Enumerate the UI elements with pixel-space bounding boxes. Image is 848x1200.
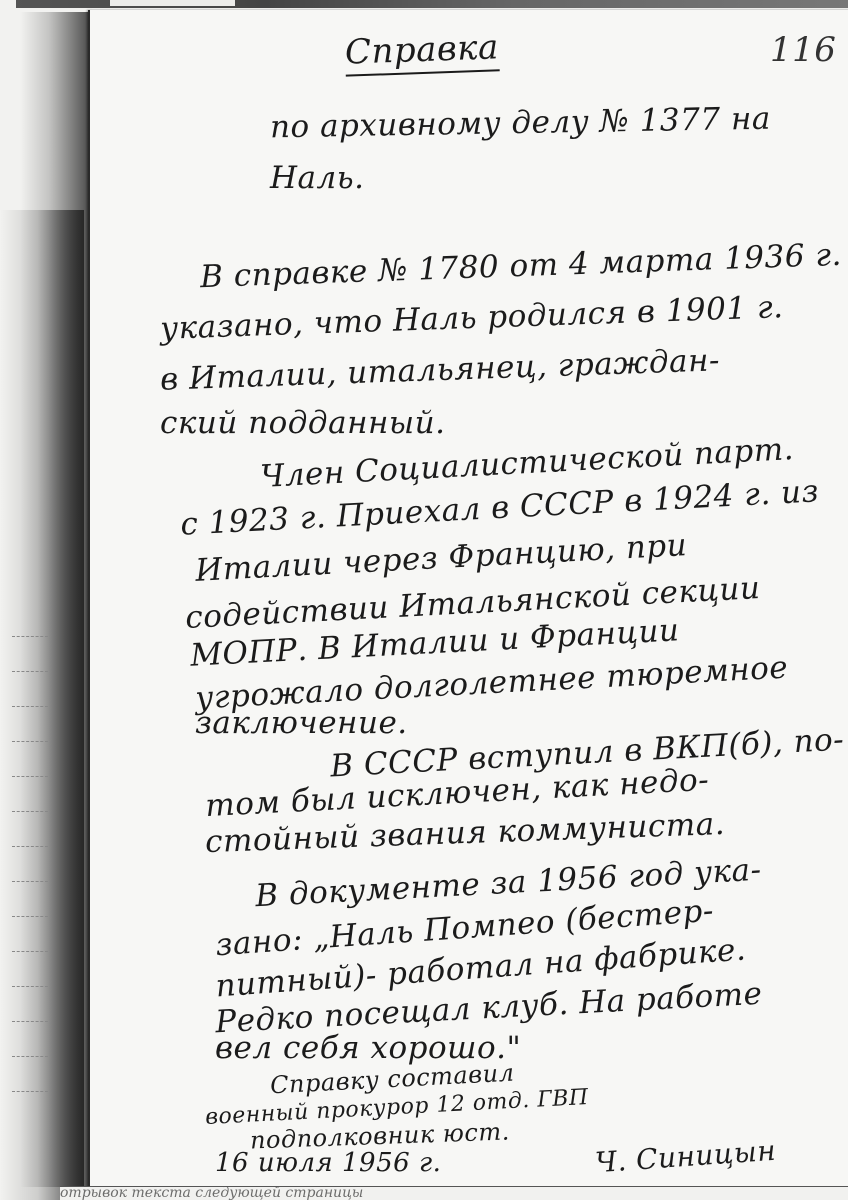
ruled-tick bbox=[12, 776, 48, 777]
ruled-tick bbox=[12, 1021, 48, 1022]
document-date: 16 июля 1956 г. bbox=[215, 1148, 441, 1178]
top-edge-paper bbox=[110, 0, 235, 6]
ruled-tick bbox=[12, 986, 48, 987]
subtitle-line-2: Наль. bbox=[270, 160, 365, 196]
ruled-tick bbox=[12, 881, 48, 882]
document-title: Справка bbox=[344, 27, 499, 76]
ruled-tick bbox=[12, 1091, 48, 1092]
ruled-tick bbox=[12, 916, 48, 917]
p2-line-7: заключение. bbox=[195, 705, 408, 741]
page-number: 116 bbox=[770, 30, 836, 70]
ruled-tick bbox=[12, 846, 48, 847]
ruled-tick bbox=[12, 1056, 48, 1057]
next-page-edge-text: отрывок текста следующей страницы bbox=[60, 1186, 363, 1200]
ruled-tick bbox=[12, 636, 48, 637]
binding-shadow-lower bbox=[0, 210, 84, 1200]
ruled-tick bbox=[12, 706, 48, 707]
ruled-tick bbox=[12, 951, 48, 952]
ruled-tick bbox=[12, 741, 48, 742]
ruled-tick bbox=[12, 671, 48, 672]
next-page-edge: отрывок текста следующей страницы bbox=[60, 1186, 848, 1200]
p1-line-4: ский подданный. bbox=[160, 405, 445, 441]
ruled-tick bbox=[12, 811, 48, 812]
